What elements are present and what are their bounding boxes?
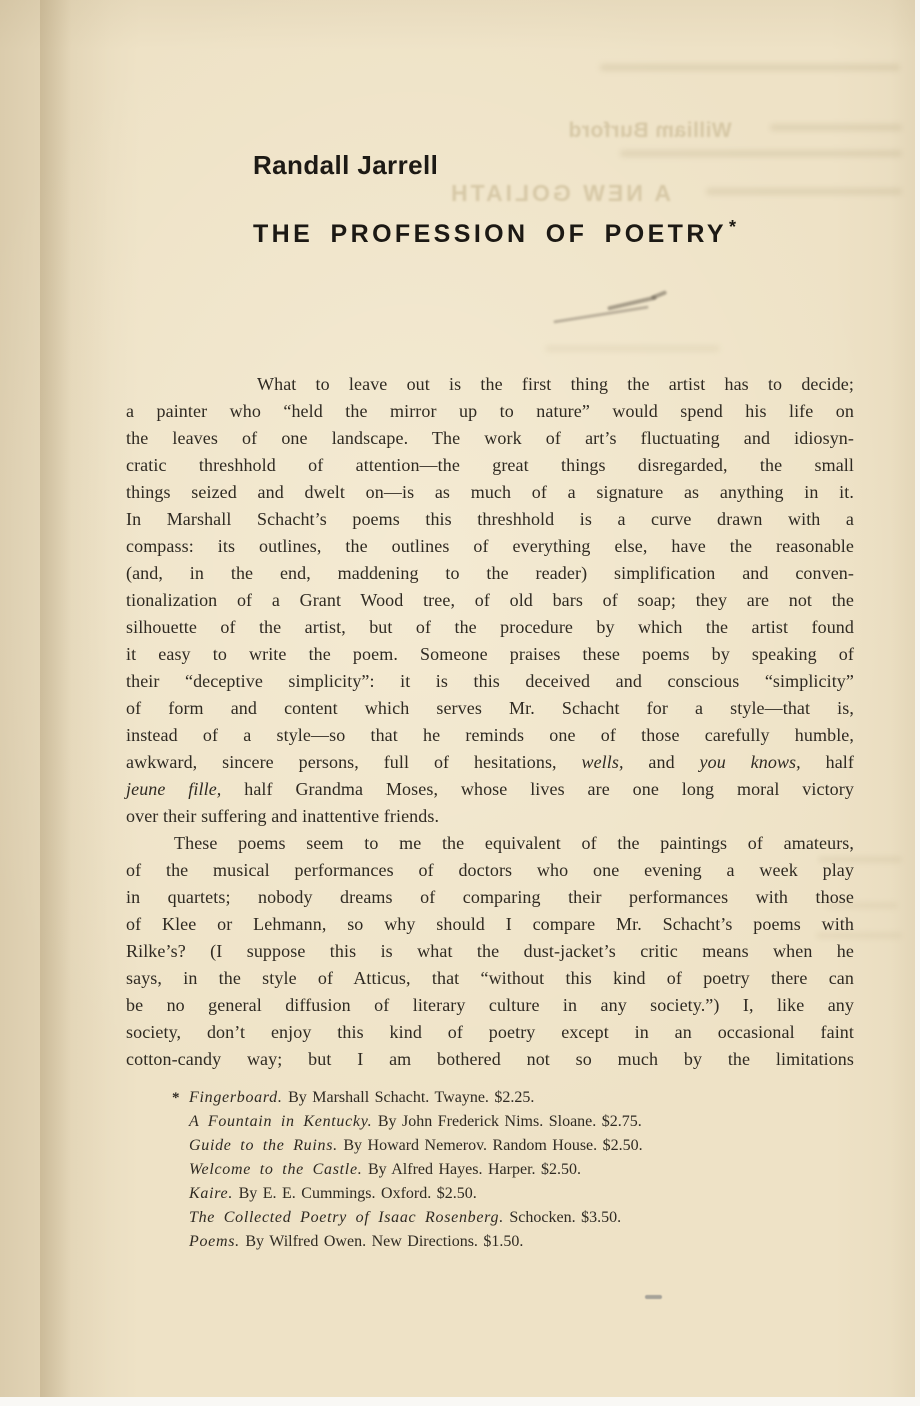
footnote-entry: Poems. By Wilfred Owen. New Directions. …	[189, 1230, 812, 1254]
book-title: Welcome to the Castle.	[189, 1161, 362, 1178]
paragraph: These poems seem to me the equivalent of…	[126, 830, 854, 1073]
footnote-entry: Guide to the Ruins. By Howard Nemerov. R…	[189, 1134, 812, 1158]
footnote-entry: The Collected Poetry of Isaac Rosenberg.…	[189, 1206, 812, 1230]
text-line: compass: its outlines, the outlines of e…	[126, 533, 854, 560]
pencil-smudge	[651, 290, 667, 300]
text-line: tionalization of a Grant Wood tree, of o…	[126, 587, 854, 614]
text-line: in quartets; nobody dreams of comparing …	[126, 884, 854, 911]
footnote-entries: Fingerboard. By Marshall Schacht. Twayne…	[172, 1086, 812, 1254]
book-publisher-price: By Alfred Hayes. Harper. $2.50.	[362, 1161, 581, 1178]
paragraph: What to leave out is the first thing the…	[126, 371, 854, 830]
text-segment: In Marshall Schacht’s poems this threshh…	[126, 509, 854, 529]
text-segment: it easy to write the poem. Someone prais…	[126, 644, 854, 664]
text-segment: says, in the style of Atticus, that “wit…	[126, 968, 854, 988]
text-line: silhouette of the artist, but of the pro…	[126, 614, 854, 641]
text-line: of Klee or Lehmann, so why should I comp…	[126, 911, 854, 938]
ghost-text-strip	[620, 150, 902, 157]
text-segment: be no general diffusion of literary cult…	[126, 995, 854, 1015]
text-line: Rilke’s? (I suppose this is what the dus…	[126, 938, 854, 965]
text-segment: What to leave out is the first thing the…	[257, 374, 854, 394]
text-segment: These poems seem to me the equivalent of…	[174, 833, 854, 853]
text-line: awkward, sincere persons, full of hesita…	[126, 749, 854, 776]
text-segment: in quartets; nobody dreams of comparing …	[126, 887, 854, 907]
text-segment: half	[801, 752, 854, 772]
text-segment: of Klee or Lehmann, so why should I comp…	[126, 914, 854, 934]
ghost-bleedthrough-author: William Burford	[568, 119, 732, 143]
book-title: The Collected Poetry of Isaac Rosenberg.	[189, 1209, 504, 1226]
author-name: Randall Jarrell	[253, 150, 438, 181]
book-publisher-price: By John Frederick Nims. Sloane. $2.75.	[372, 1113, 641, 1130]
book-publisher-price: By Howard Nemerov. Random House. $2.50.	[338, 1137, 643, 1154]
text-segment: of the musical performances of doctors w…	[126, 860, 854, 880]
ghost-text-strip	[600, 64, 900, 71]
text-segment: the leaves of one landscape. The work of…	[126, 428, 854, 448]
text-line: of the musical performances of doctors w…	[126, 857, 854, 884]
page-title: THE PROFESSION OF POETRY*	[253, 217, 736, 249]
text-line: cotton-candy way; but I am bothered not …	[126, 1046, 854, 1073]
text-segment: cotton-candy way; but I am bothered not …	[126, 1049, 854, 1069]
text-line: things seized and dwelt on—is as much of…	[126, 479, 854, 506]
text-line: What to leave out is the first thing the…	[126, 371, 854, 398]
book-title: Poems.	[189, 1233, 240, 1250]
footnote-entry: A Fountain in Kentucky. By John Frederic…	[189, 1110, 812, 1134]
book-title: Guide to the Ruins.	[189, 1137, 338, 1154]
footnote-entry: Kaire. By E. E. Cummings. Oxford. $2.50.	[189, 1182, 812, 1206]
text-segment: a painter who “held the mirror up to nat…	[126, 401, 854, 421]
text-segment: silhouette of the artist, but of the pro…	[126, 617, 854, 637]
text-segment: of form and content which serves Mr. Sch…	[126, 698, 854, 718]
italic-text: you knows,	[700, 752, 801, 772]
text-segment: things seized and dwelt on—is as much of…	[126, 482, 854, 502]
text-line: (and, in the end, maddening to the reade…	[126, 560, 854, 587]
text-line: In Marshall Schacht’s poems this threshh…	[126, 506, 854, 533]
book-publisher-price: By Wilfred Owen. New Directions. $1.50.	[240, 1233, 524, 1250]
text-line: society, don’t enjoy this kind of poetry…	[126, 1019, 854, 1046]
text-segment: compass: its outlines, the outlines of e…	[126, 536, 854, 556]
book-publisher-price: Schocken. $3.50.	[504, 1209, 621, 1226]
stray-mark	[645, 1295, 662, 1299]
text-segment: society, don’t enjoy this kind of poetry…	[126, 1022, 854, 1042]
book-publisher-price: By E. E. Cummings. Oxford. $2.50.	[233, 1185, 477, 1202]
text-line: their “deceptive simplicity”: it is this…	[126, 668, 854, 695]
text-segment: (and, in the end, maddening to the reade…	[126, 563, 854, 583]
book-title: A Fountain in Kentucky.	[189, 1113, 372, 1130]
text-line: cratic threshhold of attention—the great…	[126, 452, 854, 479]
footnote-block: * Fingerboard. By Marshall Schacht. Tway…	[172, 1086, 812, 1254]
text-segment: tionalization of a Grant Wood tree, of o…	[126, 590, 854, 610]
ghost-text-strip	[706, 188, 902, 195]
text-line: be no general diffusion of literary cult…	[126, 992, 854, 1019]
text-line: it easy to write the poem. Someone prais…	[126, 641, 854, 668]
scan-edge-bottom	[0, 1397, 920, 1406]
binding-gutter-shadow	[40, 0, 110, 1406]
scan-edge-right	[915, 0, 920, 1406]
text-segment: cratic threshhold of attention—the great…	[126, 455, 854, 475]
text-line: over their suffering and inattentive fri…	[126, 803, 854, 830]
book-title: Kaire.	[189, 1185, 233, 1202]
footnote-marker: *	[172, 1086, 180, 1110]
text-segment: instead of a style—so that he reminds on…	[126, 725, 854, 745]
ghost-text-strip	[545, 345, 720, 352]
text-segment: half Grandma Moses, whose lives are one …	[221, 779, 854, 799]
text-segment: and	[624, 752, 700, 772]
footnote-entry: Welcome to the Castle. By Alfred Hayes. …	[189, 1158, 812, 1182]
text-line: of form and content which serves Mr. Sch…	[126, 695, 854, 722]
text-segment: Rilke’s? (I suppose this is what the dus…	[126, 941, 854, 961]
text-segment: their “deceptive simplicity”: it is this…	[126, 671, 854, 691]
text-segment: over their suffering and inattentive fri…	[126, 806, 439, 826]
footnote-entry: Fingerboard. By Marshall Schacht. Twayne…	[189, 1086, 812, 1110]
book-title: Fingerboard.	[189, 1089, 283, 1106]
scanned-book-page: William Burford A NEW GOLIATH Randall Ja…	[0, 0, 920, 1406]
pencil-smudge	[553, 306, 648, 324]
ghost-text-strip	[770, 124, 902, 131]
page-title-text: THE PROFESSION OF POETRY	[253, 220, 727, 248]
text-line: the leaves of one landscape. The work of…	[126, 425, 854, 452]
book-publisher-price: By Marshall Schacht. Twayne. $2.25.	[283, 1089, 535, 1106]
text-line: These poems seem to me the equivalent of…	[126, 830, 854, 857]
book-binding-edge	[0, 0, 40, 1406]
body-text: What to leave out is the first thing the…	[126, 371, 854, 1073]
text-line: jeune fille, half Grandma Moses, whose l…	[126, 776, 854, 803]
italic-text: jeune fille,	[126, 779, 221, 799]
title-footnote-asterisk: *	[729, 217, 736, 237]
ghost-bleedthrough-heading: A NEW GOLIATH	[448, 180, 671, 207]
text-segment: awkward, sincere persons, full of hesita…	[126, 752, 581, 772]
text-line: says, in the style of Atticus, that “wit…	[126, 965, 854, 992]
italic-text: wells,	[581, 752, 623, 772]
text-line: a painter who “held the mirror up to nat…	[126, 398, 854, 425]
text-line: instead of a style—so that he reminds on…	[126, 722, 854, 749]
